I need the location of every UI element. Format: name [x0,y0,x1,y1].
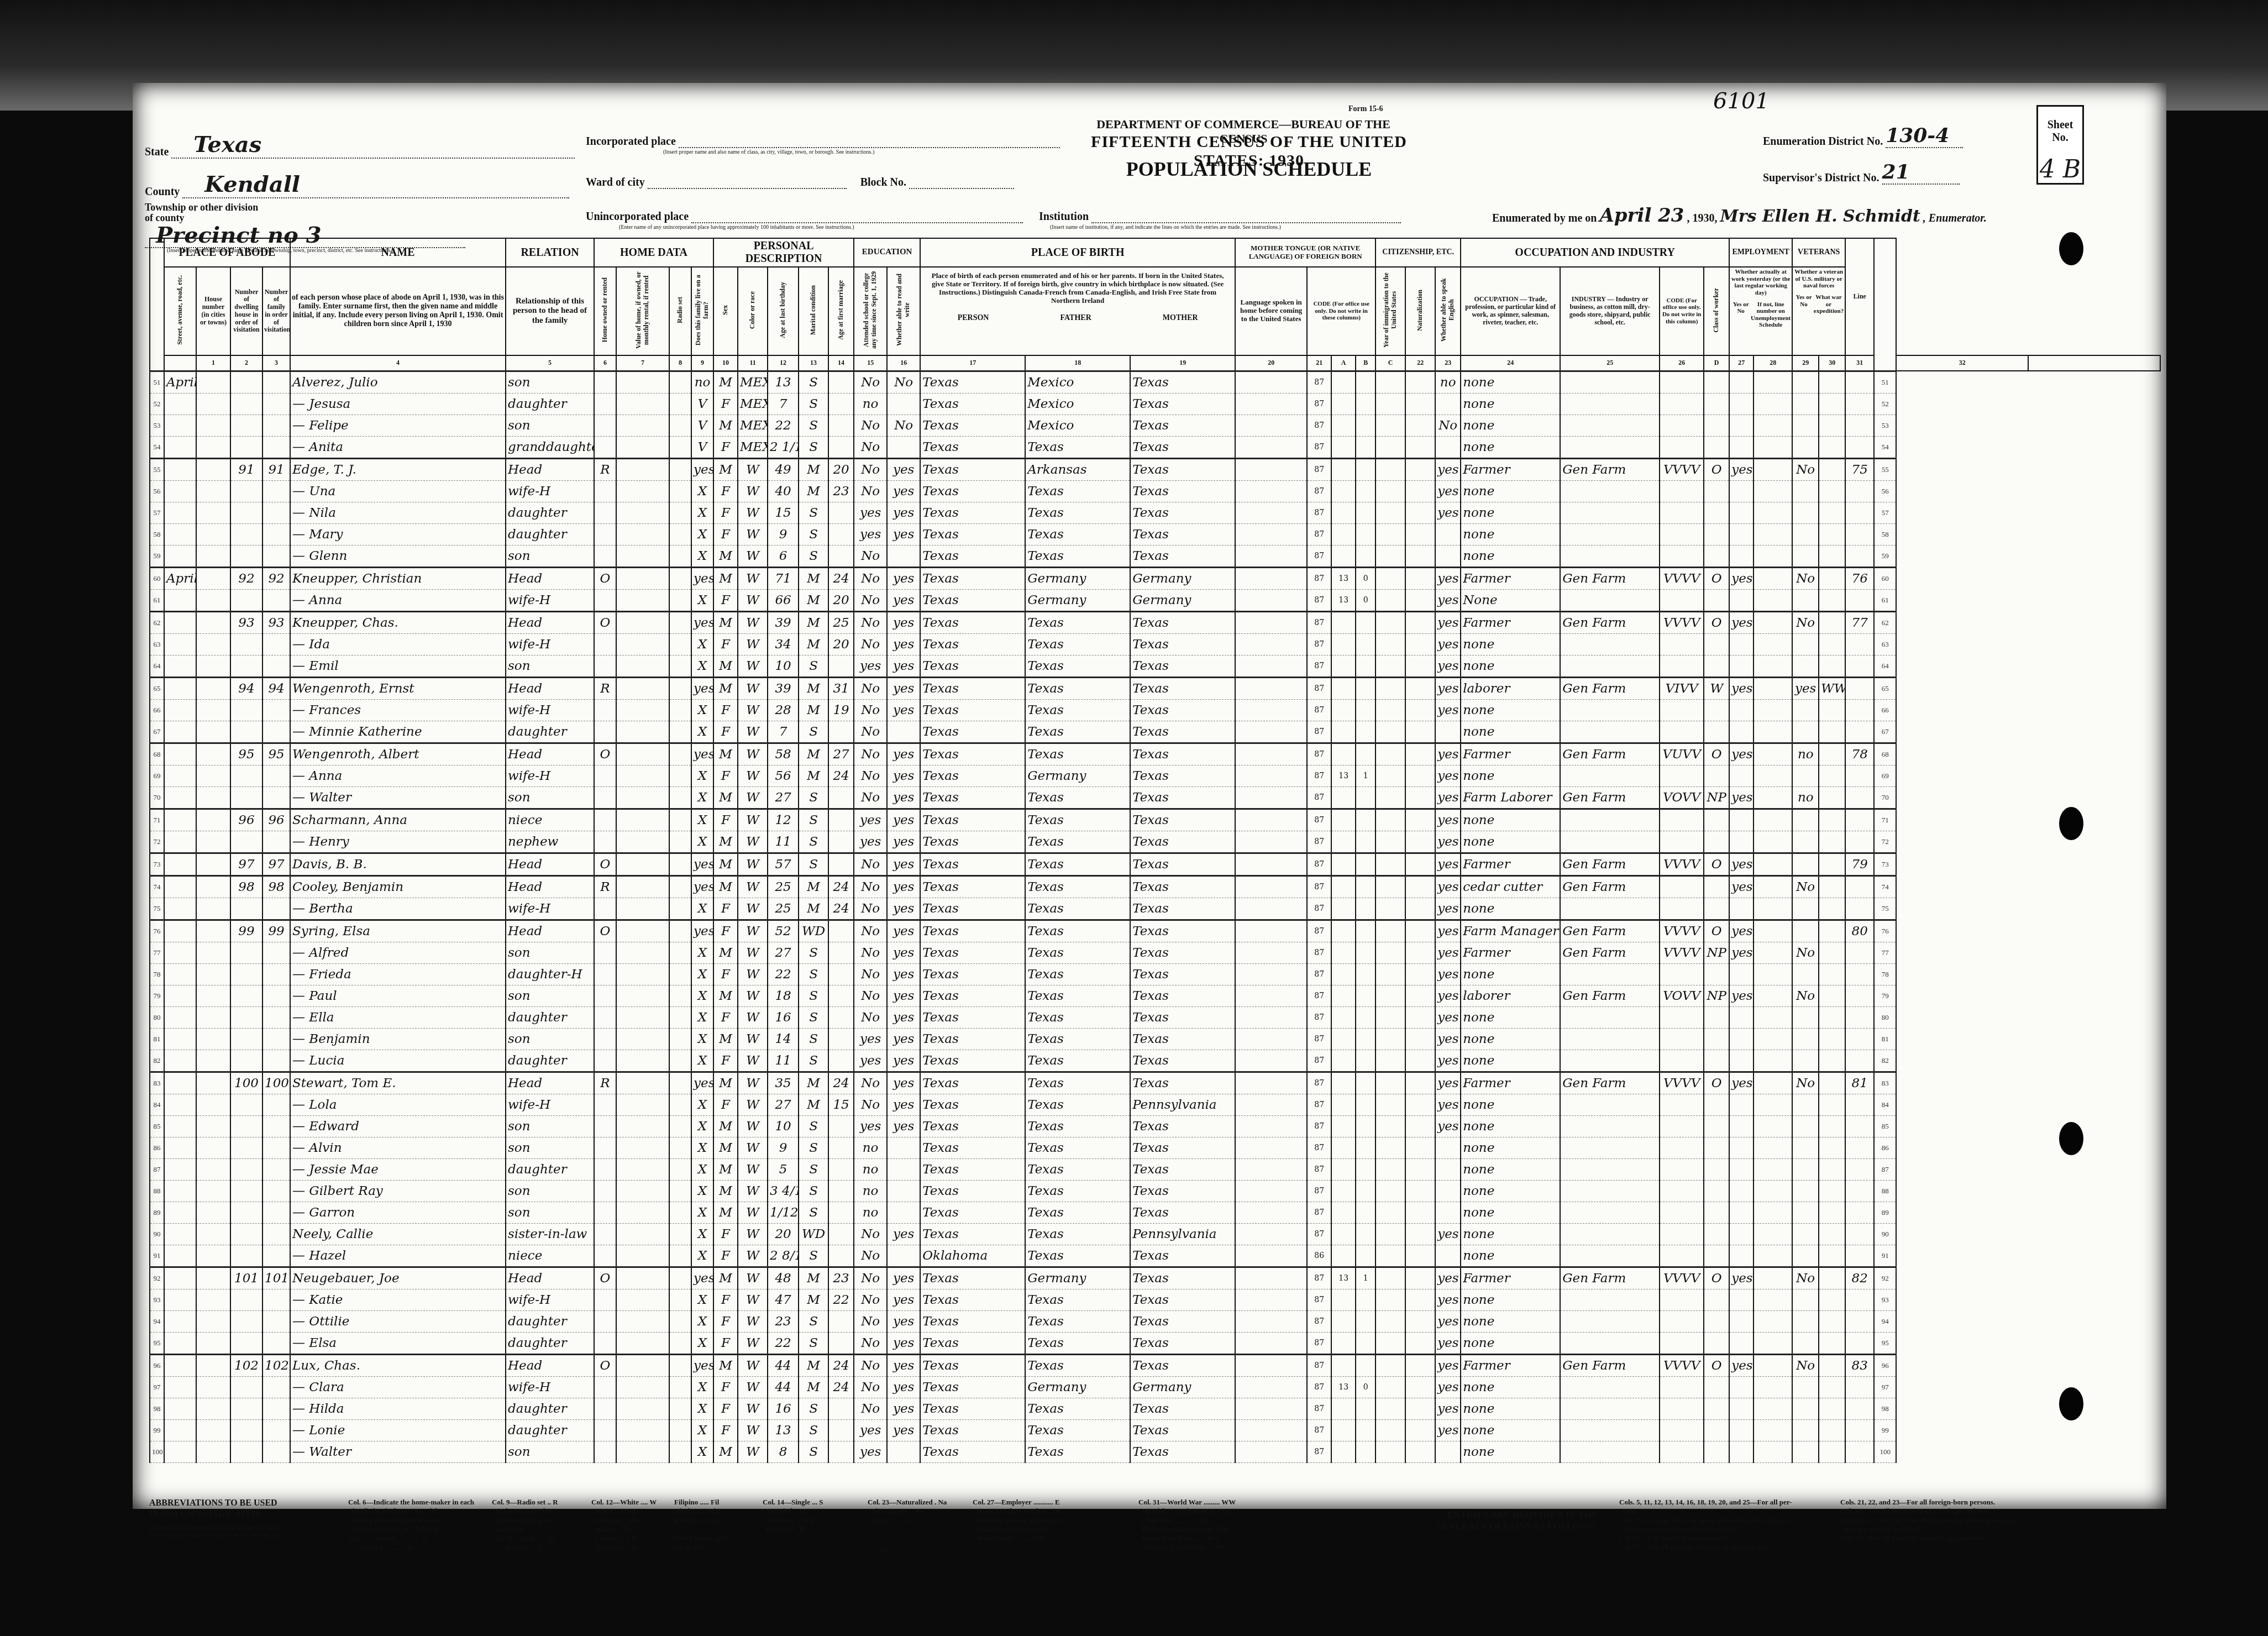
cell-street[interactable] [164,1050,196,1072]
cell-farm-sched[interactable] [1845,436,1874,458]
cell-street[interactable] [164,920,196,942]
cell-vet[interactable] [1792,1398,1819,1419]
cell-school[interactable]: No [854,920,887,942]
cell-code-c[interactable]: 0 [1356,567,1376,589]
cell-birth-person[interactable]: Texas [920,1094,1025,1115]
cell-farm-sched[interactable]: 82 [1845,1267,1874,1289]
cell-vet[interactable]: No [1792,942,1819,963]
cell-vet[interactable] [1792,1028,1819,1050]
cell-code-d[interactable] [1660,831,1704,853]
cell-vet[interactable] [1792,523,1819,545]
cell-lang[interactable] [1235,1137,1307,1158]
cell-industry[interactable] [1560,1180,1660,1202]
cell-street[interactable] [164,1332,196,1354]
cell-birth-person[interactable]: Texas [920,699,1025,721]
cell-sex[interactable]: F [713,1094,738,1115]
cell-value[interactable] [616,1398,669,1419]
cell-street[interactable] [164,677,196,699]
cell-school[interactable]: yes [854,831,887,853]
cell-immig[interactable] [1376,1267,1405,1289]
cell-school[interactable]: No [854,545,887,567]
cell-relation[interactable]: wife-H [506,699,594,721]
cell-code-c[interactable] [1356,1094,1376,1115]
cell-owned[interactable] [594,1158,616,1180]
cell-dwelling[interactable]: 93 [230,611,262,633]
cell-birth-person[interactable]: Texas [920,1223,1025,1245]
cell-natur[interactable] [1405,415,1435,436]
cell-dwelling[interactable] [230,502,262,523]
cell-read[interactable]: yes [887,633,920,655]
cell-unemp[interactable] [1754,1180,1792,1202]
cell-code-a[interactable]: 87 [1307,480,1331,502]
cell-sex[interactable]: M [713,1202,738,1223]
cell-occupation[interactable]: none [1461,633,1560,655]
cell-code-a[interactable]: 87 [1307,1072,1331,1094]
cell-birth-mother[interactable]: Texas [1130,809,1235,831]
cell-farm-sched[interactable] [1845,831,1874,853]
cell-birth-father[interactable]: Germany [1025,589,1130,611]
cell-sex[interactable]: F [713,1006,738,1028]
cell-street[interactable] [164,831,196,853]
cell-english[interactable]: No [1435,415,1461,436]
cell-birth-father[interactable]: Mexico [1025,371,1130,393]
cell-farm-sched[interactable]: 78 [1845,743,1874,765]
cell-code-d[interactable] [1660,809,1704,831]
cell-industry[interactable] [1560,415,1660,436]
cell-street[interactable]: April 23 [164,371,196,393]
cell-owned[interactable] [594,523,616,545]
cell-value[interactable] [616,809,669,831]
cell-farm[interactable]: yes [691,1072,713,1094]
cell-birth-person[interactable]: Texas [920,1202,1025,1223]
cell-natur[interactable] [1405,875,1435,898]
cell-sex[interactable]: M [713,743,738,765]
cell-school[interactable]: yes [854,1419,887,1441]
cell-age[interactable]: 22 [768,415,799,436]
cell-age-marriage[interactable] [828,853,854,875]
cell-value[interactable] [616,765,669,786]
cell-birth-person[interactable]: Texas [920,1267,1025,1289]
cell-code-d[interactable] [1660,523,1704,545]
cell-race[interactable]: W [738,1050,768,1072]
cell-farm[interactable]: yes [691,677,713,699]
cell-unemp[interactable] [1754,1028,1792,1050]
cell-marital[interactable]: M [799,611,828,633]
cell-war[interactable] [1819,765,1845,786]
cell-owned[interactable] [594,1245,616,1267]
cell-unemp[interactable] [1754,523,1792,545]
cell-street[interactable] [164,480,196,502]
cell-occupation[interactable]: none [1461,655,1560,677]
cell-immig[interactable] [1376,611,1405,633]
cell-school[interactable]: no [854,1137,887,1158]
cell-age-marriage[interactable] [828,721,854,743]
cell-immig[interactable] [1376,633,1405,655]
cell-school[interactable]: No [854,1094,887,1115]
cell-race[interactable]: W [738,611,768,633]
cell-immig[interactable] [1376,786,1405,809]
cell-street[interactable] [164,655,196,677]
cell-birth-person[interactable]: Texas [920,1354,1025,1376]
cell-class[interactable] [1704,963,1729,985]
cell-owned[interactable] [594,502,616,523]
cell-code-d[interactable]: VVVV [1660,458,1704,480]
cell-code-b[interactable] [1331,1289,1356,1310]
cell-lang[interactable] [1235,1223,1307,1245]
cell-owned[interactable] [594,809,616,831]
cell-dwelling[interactable] [230,415,262,436]
cell-family[interactable]: 96 [262,809,290,831]
cell-street[interactable] [164,1398,196,1419]
cell-farm-sched[interactable] [1845,809,1874,831]
cell-owned[interactable]: R [594,875,616,898]
cell-immig[interactable] [1376,655,1405,677]
cell-birth-father[interactable]: Texas [1025,1006,1130,1028]
cell-birth-father[interactable]: Texas [1025,1137,1130,1158]
cell-family[interactable] [262,786,290,809]
cell-industry[interactable]: Gen Farm [1560,1354,1660,1376]
cell-class[interactable] [1704,545,1729,567]
cell-war[interactable] [1819,1158,1845,1180]
cell-war[interactable] [1819,1202,1845,1223]
cell-war[interactable] [1819,1072,1845,1094]
cell-house[interactable] [196,545,230,567]
cell-war[interactable] [1819,985,1845,1006]
cell-code-d[interactable] [1660,699,1704,721]
cell-war[interactable] [1819,1137,1845,1158]
cell-birth-person[interactable]: Texas [920,1158,1025,1180]
cell-value[interactable] [616,721,669,743]
cell-english[interactable] [1435,1202,1461,1223]
cell-birth-mother[interactable]: Texas [1130,611,1235,633]
cell-race[interactable]: W [738,1137,768,1158]
cell-vet[interactable]: No [1792,1072,1819,1094]
cell-radio[interactable] [669,1289,691,1310]
cell-radio[interactable] [669,765,691,786]
cell-farm-sched[interactable] [1845,963,1874,985]
cell-natur[interactable] [1405,1245,1435,1267]
cell-race[interactable]: W [738,633,768,655]
cell-birth-mother[interactable]: Texas [1130,545,1235,567]
cell-lang[interactable] [1235,920,1307,942]
cell-age[interactable]: 35 [768,1072,799,1094]
cell-birth-father[interactable]: Texas [1025,1441,1130,1462]
cell-relation[interactable]: son [506,1202,594,1223]
cell-english[interactable]: yes [1435,589,1461,611]
cell-marital[interactable]: S [799,1202,828,1223]
cell-industry[interactable] [1560,589,1660,611]
cell-relation[interactable]: daughter [506,1050,594,1072]
cell-lang[interactable] [1235,1180,1307,1202]
cell-occupation[interactable]: none [1461,765,1560,786]
cell-code-c[interactable] [1356,393,1376,415]
cell-street[interactable] [164,1354,196,1376]
cell-race[interactable]: W [738,655,768,677]
cell-occupation[interactable]: none [1461,545,1560,567]
cell-read[interactable]: yes [887,1398,920,1419]
cell-work[interactable] [1729,1115,1754,1137]
cell-unemp[interactable] [1754,371,1792,393]
cell-war[interactable]: WW [1819,677,1845,699]
cell-immig[interactable] [1376,1441,1405,1462]
cell-sex[interactable]: M [713,942,738,963]
cell-family[interactable]: 101 [262,1267,290,1289]
cell-read[interactable] [887,393,920,415]
cell-age[interactable]: 27 [768,942,799,963]
cell-code-c[interactable] [1356,786,1376,809]
cell-class[interactable] [1704,523,1729,545]
cell-farm-sched[interactable] [1845,1202,1874,1223]
cell-class[interactable] [1704,1376,1729,1398]
cell-sex[interactable]: M [713,1441,738,1462]
cell-english[interactable]: yes [1435,1028,1461,1050]
cell-birth-person[interactable]: Texas [920,721,1025,743]
cell-age-marriage[interactable] [828,1180,854,1202]
cell-read[interactable]: yes [887,1094,920,1115]
cell-farm[interactable]: yes [691,853,713,875]
cell-marital[interactable]: M [799,480,828,502]
cell-marital[interactable]: S [799,786,828,809]
state-value[interactable]: Texas [171,132,575,159]
cell-owned[interactable] [594,963,616,985]
cell-sex[interactable]: F [713,809,738,831]
cell-house[interactable] [196,567,230,589]
cell-code-b[interactable]: 13 [1331,765,1356,786]
cell-farm[interactable]: X [691,786,713,809]
cell-read[interactable]: yes [887,831,920,853]
cell-birth-mother[interactable]: Texas [1130,1245,1235,1267]
cell-farm[interactable]: X [691,898,713,920]
cell-radio[interactable] [669,809,691,831]
cell-farm[interactable]: X [691,699,713,721]
cell-lang[interactable] [1235,545,1307,567]
cell-owned[interactable] [594,633,616,655]
cell-unemp[interactable] [1754,611,1792,633]
cell-english[interactable] [1435,1180,1461,1202]
cell-name[interactable]: — Lonie [290,1419,506,1441]
cell-code-c[interactable] [1356,1072,1376,1094]
cell-farm-sched[interactable] [1845,1158,1874,1180]
cell-english[interactable]: yes [1435,786,1461,809]
cell-vet[interactable] [1792,963,1819,985]
cell-code-a[interactable]: 87 [1307,415,1331,436]
cell-family[interactable] [262,655,290,677]
cell-work[interactable] [1729,963,1754,985]
cell-birth-mother[interactable]: Texas [1130,523,1235,545]
cell-age-marriage[interactable]: 24 [828,1072,854,1094]
cell-birth-father[interactable]: Texas [1025,1289,1130,1310]
cell-name[interactable]: — Emil [290,655,506,677]
cell-school[interactable]: No [854,1072,887,1094]
cell-birth-person[interactable]: Texas [920,415,1025,436]
cell-birth-person[interactable]: Texas [920,393,1025,415]
cell-natur[interactable] [1405,458,1435,480]
cell-relation[interactable]: sister-in-law [506,1223,594,1245]
cell-race[interactable]: W [738,963,768,985]
cell-house[interactable] [196,1376,230,1398]
cell-birth-mother[interactable]: Texas [1130,920,1235,942]
cell-class[interactable] [1704,1332,1729,1354]
cell-natur[interactable] [1405,765,1435,786]
cell-relation[interactable]: daughter [506,1158,594,1180]
cell-name[interactable]: — Walter [290,1441,506,1462]
cell-race[interactable]: W [738,523,768,545]
cell-birth-person[interactable]: Texas [920,480,1025,502]
cell-read[interactable]: yes [887,963,920,985]
cell-occupation[interactable]: none [1461,1202,1560,1223]
cell-farm[interactable]: X [691,589,713,611]
cell-occupation[interactable]: Farmer [1461,1072,1560,1094]
cell-immig[interactable] [1376,853,1405,875]
cell-school[interactable]: yes [854,809,887,831]
cell-code-d[interactable] [1660,1223,1704,1245]
cell-age[interactable]: 34 [768,633,799,655]
cell-class[interactable] [1704,1441,1729,1462]
cell-relation[interactable]: Head [506,853,594,875]
cell-work[interactable]: yes [1729,1354,1754,1376]
cell-dwelling[interactable] [230,1158,262,1180]
cell-code-a[interactable]: 86 [1307,1245,1331,1267]
cell-value[interactable] [616,1310,669,1332]
cell-code-b[interactable] [1331,458,1356,480]
cell-immig[interactable] [1376,1419,1405,1441]
cell-farm[interactable]: X [691,1223,713,1245]
cell-code-b[interactable]: 13 [1331,1376,1356,1398]
cell-street[interactable] [164,721,196,743]
cell-birth-person[interactable]: Texas [920,589,1025,611]
cell-occupation[interactable]: none [1461,1223,1560,1245]
cell-race[interactable]: MEX [738,393,768,415]
cell-read[interactable]: yes [887,1354,920,1376]
cell-code-d[interactable] [1660,1376,1704,1398]
cell-war[interactable] [1819,611,1845,633]
cell-farm[interactable]: X [691,633,713,655]
cell-code-c[interactable] [1356,1137,1376,1158]
cell-family[interactable] [262,765,290,786]
cell-sex[interactable]: M [713,677,738,699]
cell-dwelling[interactable] [230,480,262,502]
cell-radio[interactable] [669,963,691,985]
cell-birth-mother[interactable]: Texas [1130,655,1235,677]
cell-occupation[interactable]: none [1461,523,1560,545]
cell-farm[interactable]: X [691,1006,713,1028]
cell-birth-father[interactable]: Texas [1025,1180,1130,1202]
cell-code-d[interactable] [1660,589,1704,611]
cell-english[interactable]: yes [1435,458,1461,480]
cell-immig[interactable] [1376,1137,1405,1158]
cell-owned[interactable]: O [594,611,616,633]
cell-war[interactable] [1819,1310,1845,1332]
cell-natur[interactable] [1405,633,1435,655]
cell-read[interactable]: yes [887,743,920,765]
institution-value[interactable] [1091,210,1401,223]
cell-code-a[interactable]: 87 [1307,1223,1331,1245]
incorporated-place-value[interactable] [679,135,1060,148]
cell-school[interactable]: No [854,942,887,963]
cell-age[interactable]: 13 [768,1419,799,1441]
cell-class[interactable] [1704,1245,1729,1267]
cell-read[interactable]: yes [887,1028,920,1050]
cell-vet[interactable] [1792,765,1819,786]
cell-vet[interactable]: no [1792,786,1819,809]
cell-code-b[interactable] [1331,1441,1356,1462]
cell-age[interactable]: 3 4/12 [768,1180,799,1202]
cell-code-b[interactable] [1331,1072,1356,1094]
cell-code-b[interactable] [1331,853,1356,875]
cell-house[interactable] [196,1115,230,1137]
cell-industry[interactable] [1560,1441,1660,1462]
cell-class[interactable]: O [1704,1354,1729,1376]
cell-farm-sched[interactable] [1845,1289,1874,1310]
cell-industry[interactable] [1560,1223,1660,1245]
cell-farm-sched[interactable] [1845,1006,1874,1028]
cell-occupation[interactable]: none [1461,1050,1560,1072]
cell-value[interactable] [616,963,669,985]
cell-industry[interactable] [1560,545,1660,567]
cell-street[interactable] [164,1441,196,1462]
cell-house[interactable] [196,743,230,765]
cell-unemp[interactable] [1754,677,1792,699]
cell-race[interactable]: W [738,853,768,875]
cell-sex[interactable]: F [713,721,738,743]
cell-birth-mother[interactable]: Texas [1130,1006,1235,1028]
cell-birth-father[interactable]: Texas [1025,786,1130,809]
cell-age-marriage[interactable] [828,809,854,831]
cell-unemp[interactable] [1754,633,1792,655]
cell-industry[interactable] [1560,1006,1660,1028]
cell-relation[interactable]: niece [506,809,594,831]
cell-birth-person[interactable]: Texas [920,765,1025,786]
cell-house[interactable] [196,786,230,809]
cell-code-b[interactable] [1331,1202,1356,1223]
cell-age-marriage[interactable] [828,1245,854,1267]
cell-industry[interactable] [1560,1398,1660,1419]
cell-code-d[interactable] [1660,655,1704,677]
cell-school[interactable]: yes [854,1028,887,1050]
cell-age[interactable]: 71 [768,567,799,589]
cell-race[interactable]: W [738,480,768,502]
cell-marital[interactable]: M [799,458,828,480]
cell-farm[interactable]: yes [691,458,713,480]
cell-birth-father[interactable]: Texas [1025,920,1130,942]
cell-owned[interactable] [594,699,616,721]
cell-name[interactable]: Cooley, Benjamin [290,875,506,898]
cell-radio[interactable] [669,611,691,633]
cell-class[interactable] [1704,1028,1729,1050]
cell-farm-sched[interactable] [1845,699,1874,721]
cell-age[interactable]: 23 [768,1310,799,1332]
cell-unemp[interactable] [1754,436,1792,458]
cell-radio[interactable] [669,545,691,567]
cell-dwelling[interactable]: 97 [230,853,262,875]
cell-relation[interactable]: daughter [506,1332,594,1354]
cell-radio[interactable] [669,1028,691,1050]
cell-natur[interactable] [1405,567,1435,589]
cell-sex[interactable]: F [713,898,738,920]
cell-class[interactable] [1704,1006,1729,1028]
cell-immig[interactable] [1376,545,1405,567]
cell-name[interactable]: Neugebauer, Joe [290,1267,506,1289]
cell-code-a[interactable]: 87 [1307,633,1331,655]
cell-birth-mother[interactable]: Texas [1130,1072,1235,1094]
cell-relation[interactable]: daughter [506,1310,594,1332]
cell-birth-father[interactable]: Germany [1025,1376,1130,1398]
cell-war[interactable] [1819,1223,1845,1245]
cell-name[interactable]: — Katie [290,1289,506,1310]
cell-vet[interactable] [1792,1289,1819,1310]
cell-sex[interactable]: F [713,1398,738,1419]
cell-owned[interactable] [594,1376,616,1398]
